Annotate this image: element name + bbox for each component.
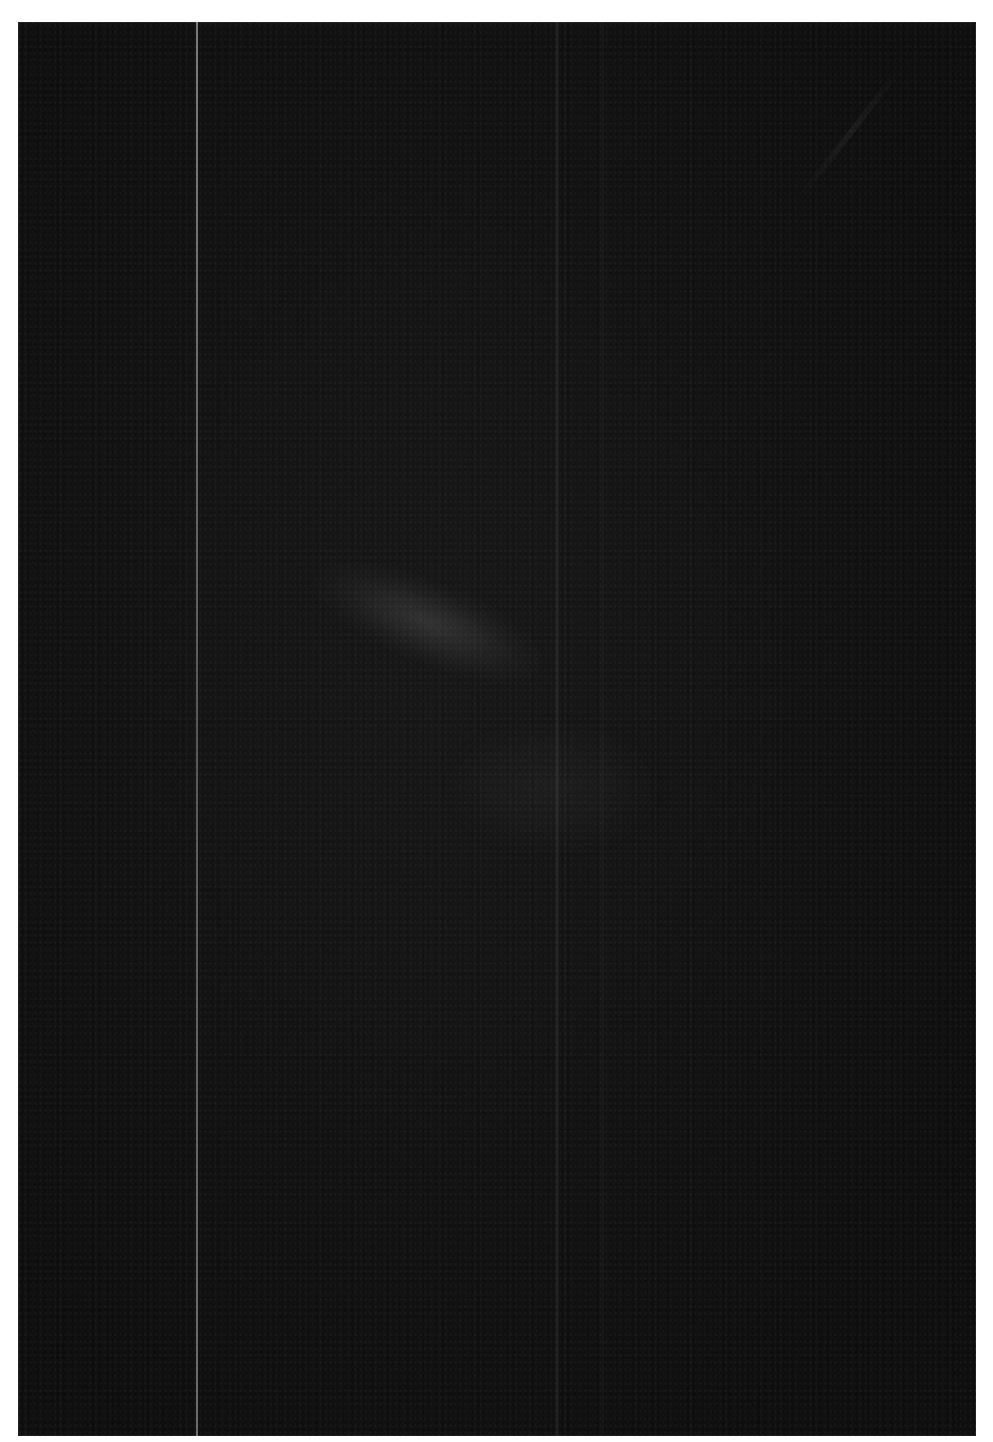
smudge-lower: [438, 712, 668, 862]
scanned-page: [18, 22, 976, 1436]
scan-frame: [0, 0, 993, 1442]
scan-streak-left: [196, 22, 198, 1436]
